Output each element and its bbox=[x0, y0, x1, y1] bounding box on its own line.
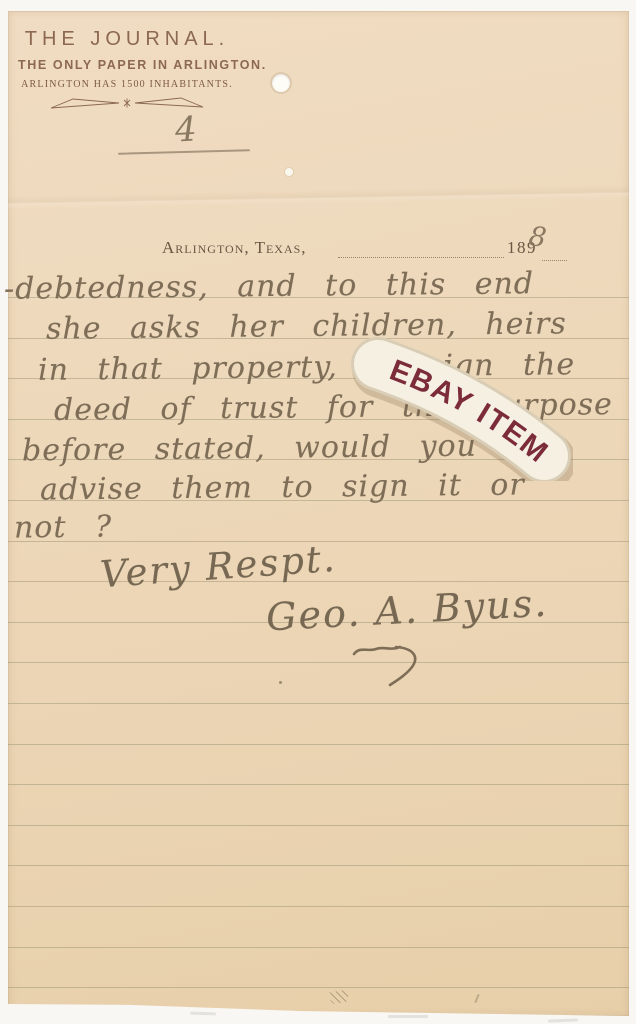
punch-hole bbox=[272, 74, 290, 92]
page-number: 4 bbox=[174, 109, 198, 150]
rule-line bbox=[8, 744, 629, 745]
rule-line bbox=[8, 703, 629, 704]
rule-line bbox=[8, 987, 629, 988]
ink-speck bbox=[279, 681, 282, 684]
letterhead: THE JOURNAL. THE ONLY PAPER IN ARLINGTON… bbox=[18, 28, 236, 117]
letterhead-tagline: ARLINGTON HAS 1500 INHABITANTS. bbox=[18, 79, 236, 90]
dateline-dotted-rule-short bbox=[542, 243, 567, 261]
rule-line bbox=[8, 662, 629, 663]
pin-hole bbox=[285, 168, 293, 176]
signature-paraph bbox=[346, 638, 436, 693]
dateline-place: Arlington, Texas, bbox=[162, 238, 307, 258]
letterhead-subtitle: THE ONLY PAPER IN ARLINGTON. bbox=[18, 58, 236, 72]
handwriting-line: -debtedness, and to this end bbox=[4, 266, 534, 307]
rule-line bbox=[8, 825, 629, 826]
dateline-dotted-rule bbox=[338, 240, 504, 258]
letterhead-title: THE JOURNAL. bbox=[18, 28, 236, 51]
ebay-item-sticker: EBAY ITEM bbox=[338, 326, 573, 481]
rule-line bbox=[8, 784, 629, 785]
rule-line bbox=[8, 865, 629, 866]
rule-line bbox=[8, 906, 629, 907]
letter-scan: THE JOURNAL. THE ONLY PAPER IN ARLINGTON… bbox=[0, 0, 636, 1024]
rule-line bbox=[8, 947, 629, 948]
handwriting-line: not ? bbox=[14, 509, 112, 545]
